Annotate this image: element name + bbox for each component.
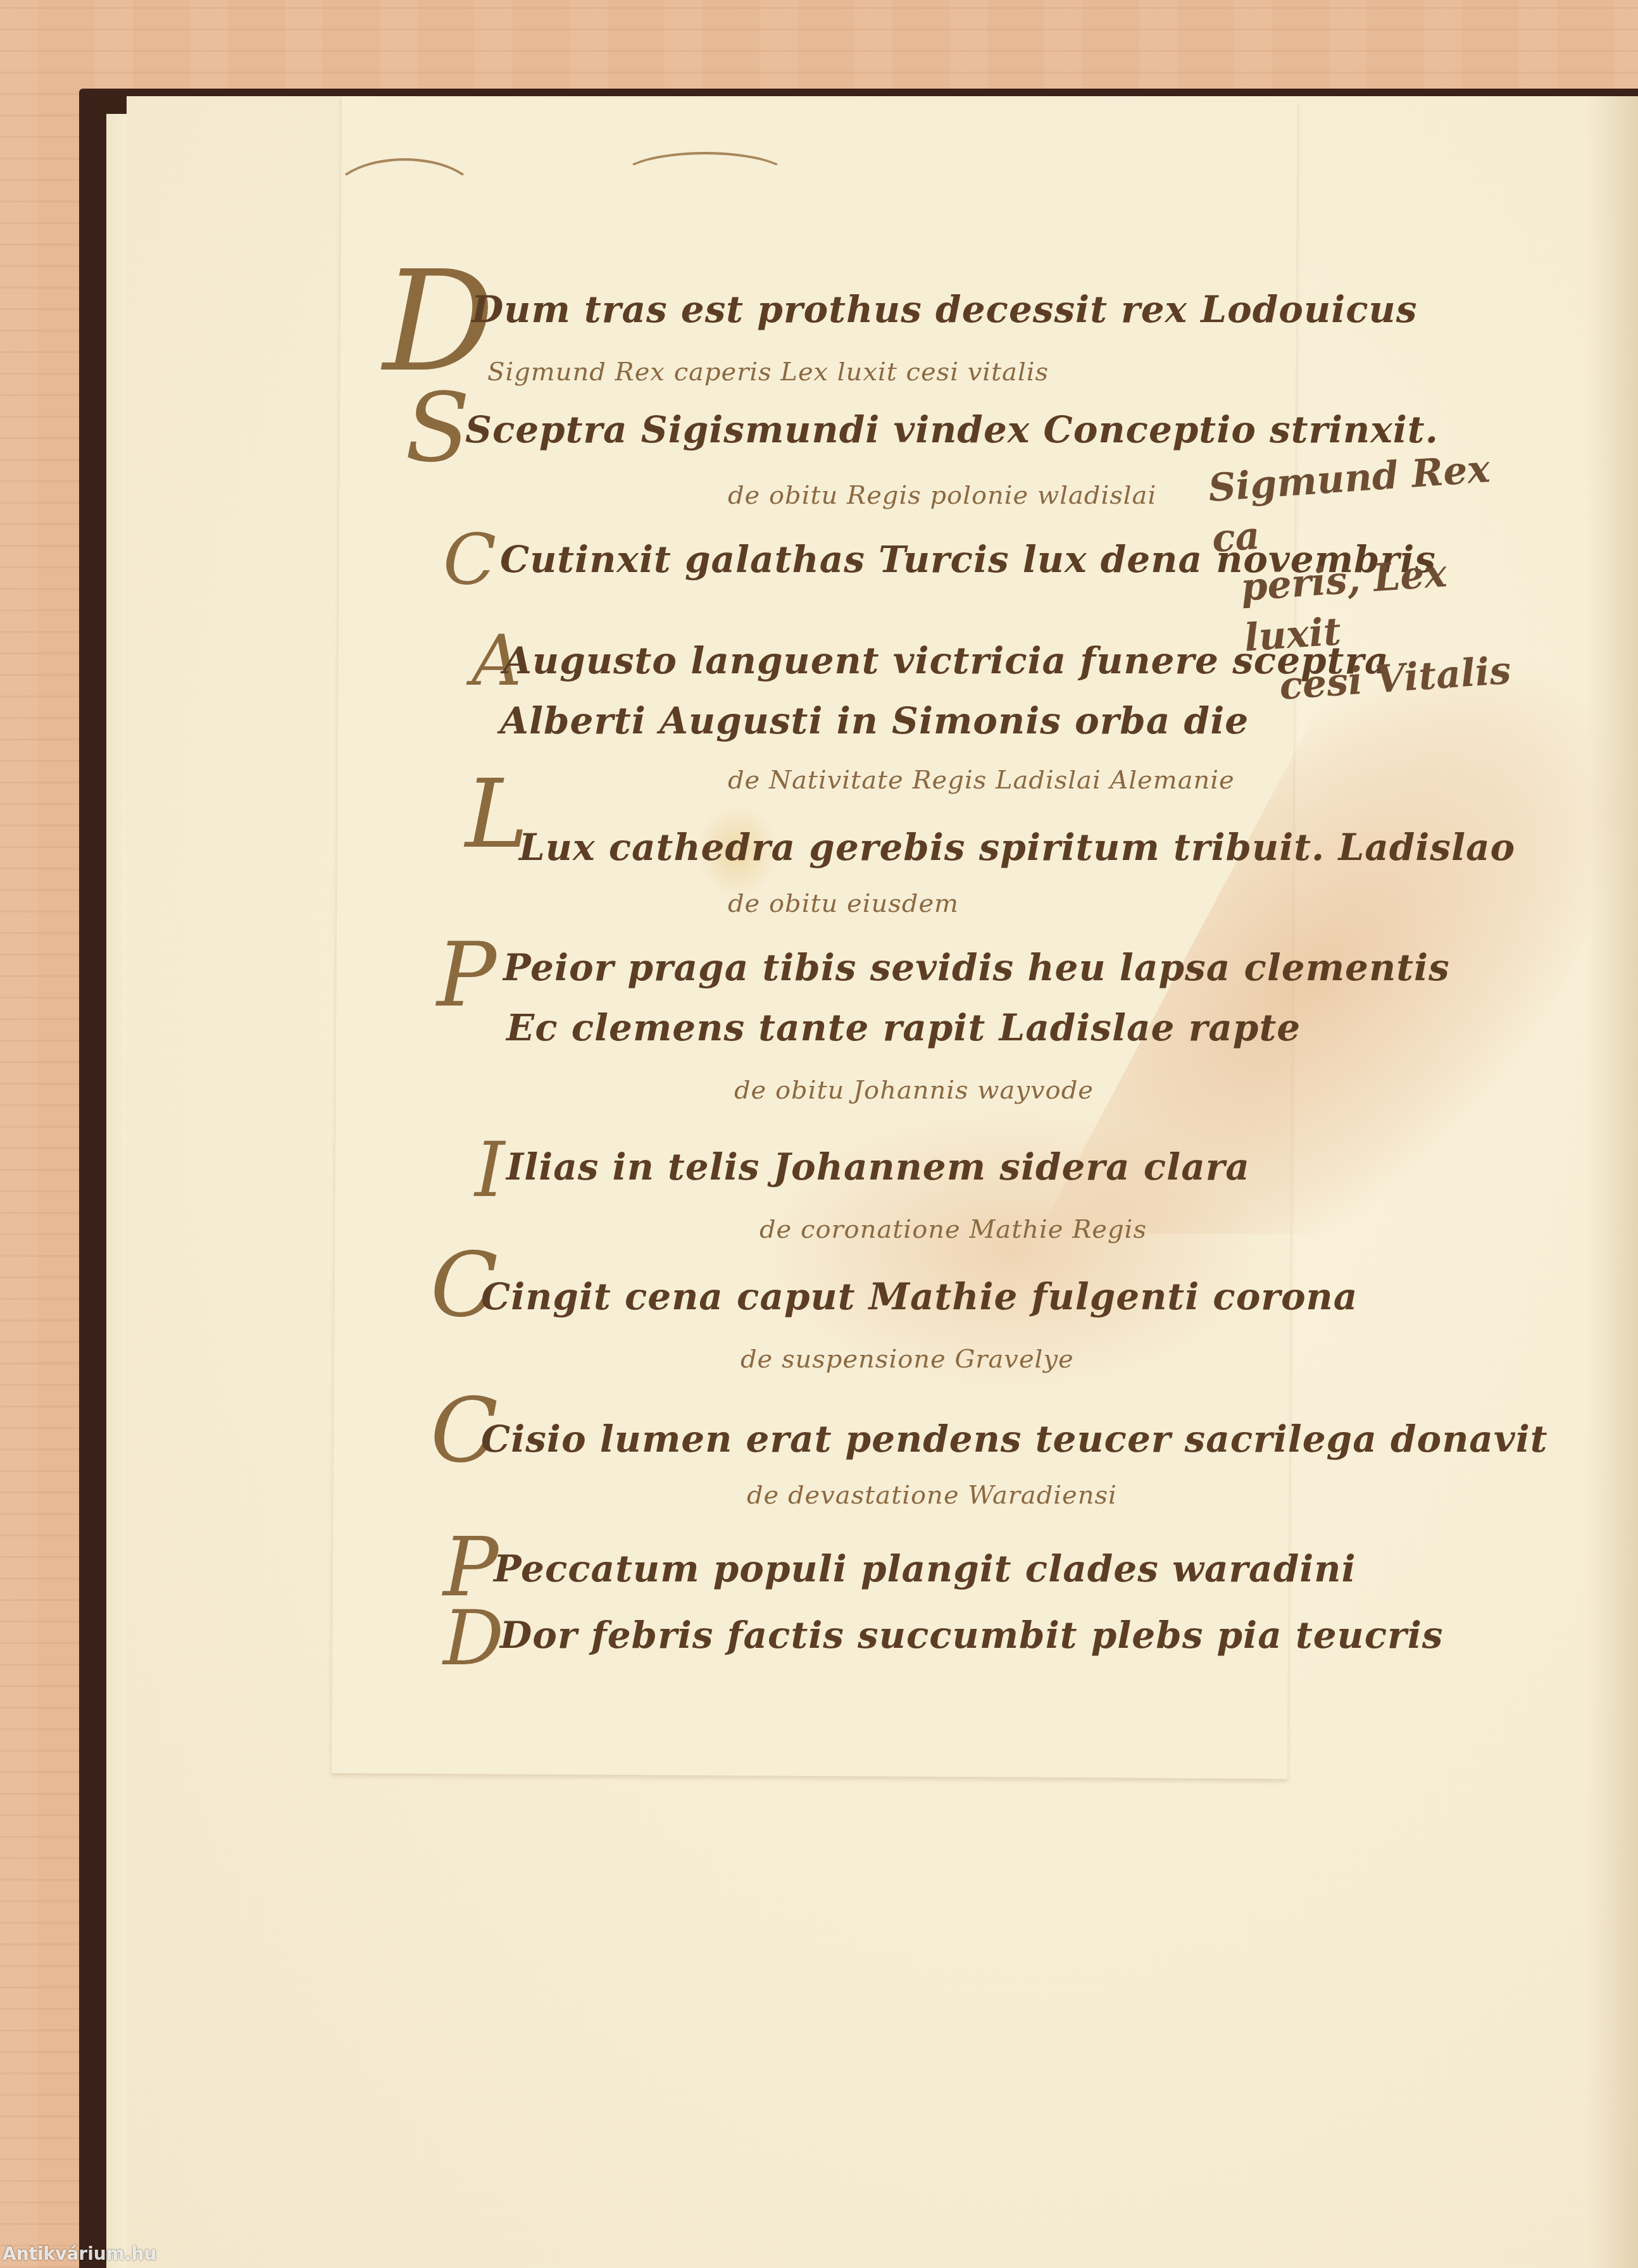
page-gutter-shadow bbox=[1587, 96, 1638, 2268]
flourish-d-loop bbox=[329, 158, 480, 239]
verse-line-9: Ilias in telis Johannem sidera clara bbox=[506, 1145, 1250, 1188]
gloss-line-8: de devastatione Waradiensi bbox=[747, 1481, 1117, 1510]
gloss-line-2: de obitu Regis polonie wladislai bbox=[728, 481, 1156, 510]
initial-s: S bbox=[405, 373, 470, 483]
verse-line-7: Peior praga tibis sevidis heu lapsa clem… bbox=[503, 946, 1450, 989]
verse-line-8: Ec clemens tante rapit Ladislae rapte bbox=[506, 1006, 1301, 1049]
initial-p: P bbox=[437, 924, 496, 1027]
verse-line-11: Cisio lumen erat pendens teucer sacrileg… bbox=[481, 1417, 1547, 1461]
initial-c: C bbox=[443, 519, 496, 600]
gloss-line-4: de obitu eiusdem bbox=[728, 889, 959, 918]
initial-d2: D bbox=[443, 1595, 504, 1683]
gloss-line-3: de Nativitate Regis Ladislai Alemanie bbox=[728, 766, 1235, 795]
verse-line-13: Dor febris factis succumbit plebs pia te… bbox=[500, 1614, 1443, 1657]
gloss-line-1: Sigmund Rex caperis Lex luxit cesi vital… bbox=[487, 358, 1049, 387]
margin-annotation: Sigmund Rex ca peris, Lex luxit cesi Vit… bbox=[1207, 442, 1528, 716]
gloss-line-6: de coronatione Mathie Regis bbox=[760, 1215, 1147, 1244]
verse-line-6: Lux cathedra gerebis spiritum tribuit. L… bbox=[519, 826, 1515, 869]
verse-line-12: Peccatum populi plangit clades waradini bbox=[494, 1547, 1356, 1590]
gloss-line-7: de suspensione Gravelye bbox=[741, 1345, 1074, 1374]
verse-line-10: Cingit cena caput Mathie fulgenti corona bbox=[481, 1275, 1358, 1318]
verse-line-2: Sceptra Sigismundi vindex Conceptio stri… bbox=[465, 408, 1439, 451]
initial-i: I bbox=[475, 1126, 504, 1214]
verse-line-1: Dum tras est prothus decessit rex Lodoui… bbox=[472, 288, 1417, 331]
flourish-top bbox=[620, 152, 790, 201]
gloss-line-5: de obitu Johannis wayvode bbox=[734, 1076, 1094, 1105]
verse-line-5: Alberti Augusti in Simonis orba die bbox=[500, 699, 1249, 742]
watermark: Antikvárium.hu bbox=[3, 2243, 156, 2264]
